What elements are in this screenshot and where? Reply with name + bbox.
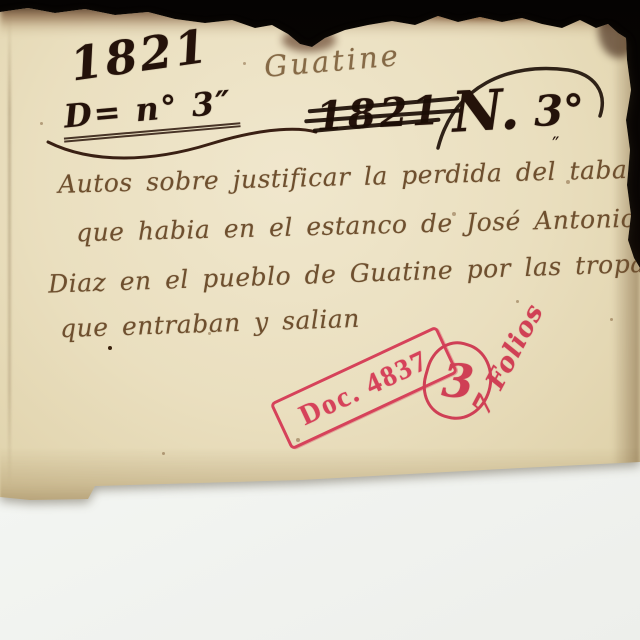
body-line: Diaz en el pueblo de Guatine por las tro… bbox=[48, 248, 640, 298]
paper-spot bbox=[610, 318, 613, 321]
body-line: que habia en el estanco de José Antonio bbox=[76, 204, 637, 248]
photo-stage: 1821 Guatine D= n° 3″ 1821 N. 3° ″ Autos… bbox=[0, 0, 640, 640]
torn-edge-singe bbox=[0, 0, 640, 36]
document-number: 3° bbox=[533, 85, 585, 136]
bottom-edge-shade bbox=[0, 448, 640, 504]
body-line: que entraban y salian bbox=[60, 304, 361, 343]
struck-year: 1821 bbox=[315, 87, 445, 141]
doc-stamp-label: Doc. 4837 bbox=[294, 344, 434, 433]
series-letter: N. bbox=[450, 76, 520, 145]
paper-spot bbox=[516, 300, 519, 303]
left-crease-line bbox=[8, 14, 11, 486]
paper-spot bbox=[243, 62, 246, 65]
paper-spot bbox=[108, 346, 112, 350]
burn-blotch bbox=[420, 4, 550, 20]
paper-spot bbox=[40, 122, 43, 125]
paper-shadow-wrap: 1821 Guatine D= n° 3″ 1821 N. 3° ″ Autos… bbox=[0, 0, 640, 506]
manuscript-paper: 1821 Guatine D= n° 3″ 1821 N. 3° ″ Autos… bbox=[0, 0, 640, 506]
ditto-marks: ″ bbox=[552, 132, 559, 156]
paper-spot bbox=[162, 452, 165, 455]
